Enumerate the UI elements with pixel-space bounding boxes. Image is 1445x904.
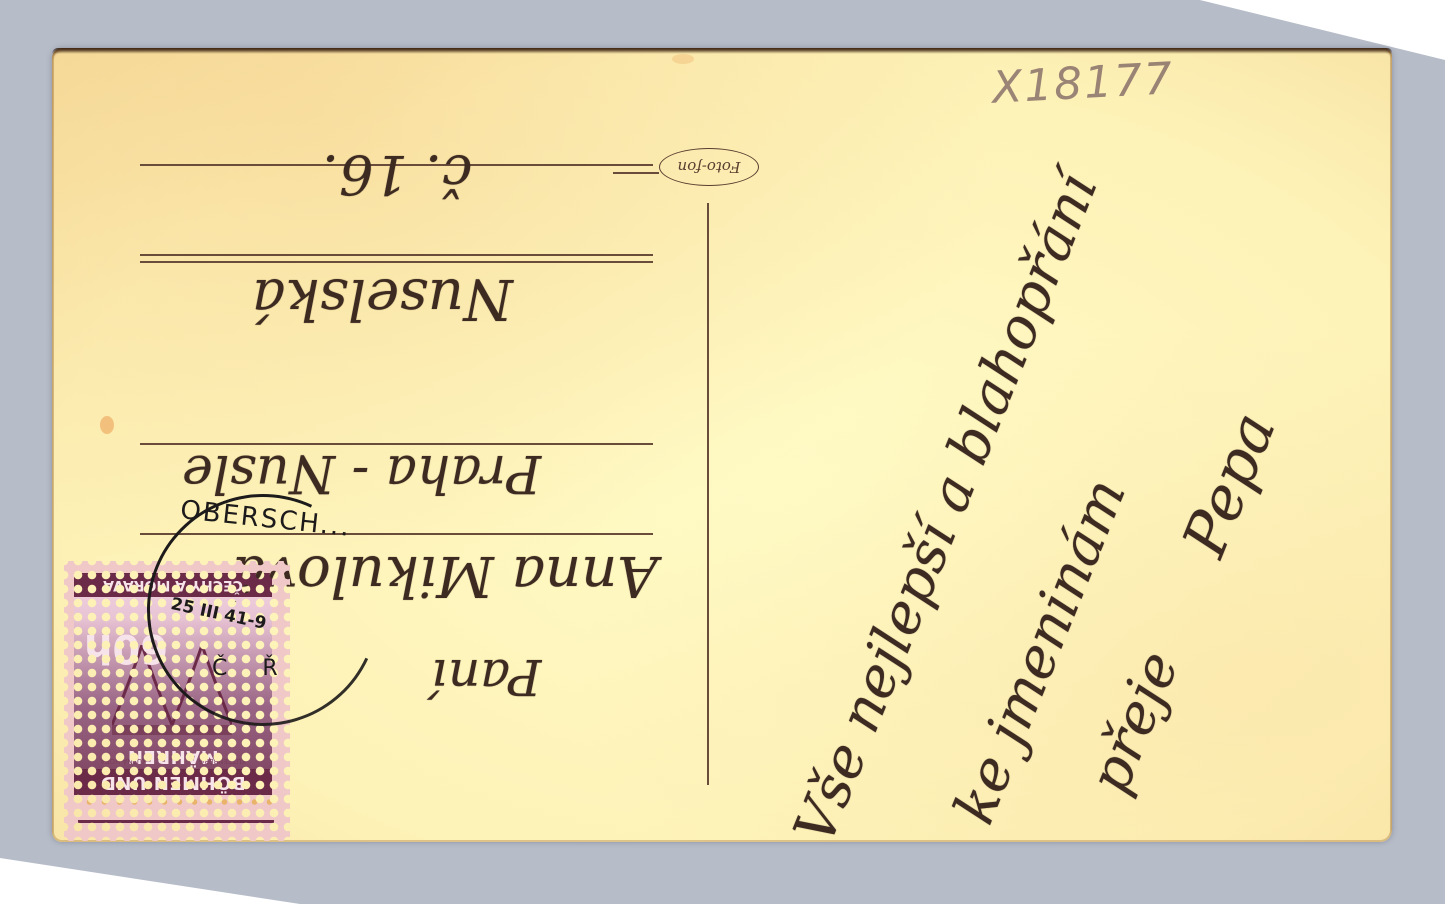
stamp-margin-dots bbox=[82, 799, 272, 805]
foxing-stain bbox=[100, 416, 114, 434]
address-salutation: Paní bbox=[432, 648, 541, 706]
foxing-stain bbox=[672, 54, 694, 64]
publisher-logo: Foto-fon bbox=[659, 148, 759, 186]
address-street: Nuselská bbox=[252, 266, 513, 331]
address-house-number: č. 16. bbox=[322, 143, 472, 206]
signature: Pepa bbox=[1170, 403, 1290, 566]
postmark-bottom-text: Č Ř bbox=[212, 656, 292, 681]
postcard-back: X18177 Foto-fon č. 16. Nuselská Praha - … bbox=[52, 48, 1392, 842]
stamp-margin-rule bbox=[78, 820, 274, 823]
stamp-caption: KUTTENBERG KUTNÁ HORA bbox=[74, 757, 272, 765]
address-city: Praha - Nusle bbox=[182, 443, 541, 503]
stamp-caption-left: KUTTENBERG bbox=[199, 757, 246, 765]
address-line-2b bbox=[140, 261, 653, 263]
scan-scene: X18177 Foto-fon č. 16. Nuselská Praha - … bbox=[0, 0, 1445, 904]
message-line-1: Vše nejlepší a blahopřání bbox=[782, 164, 1111, 852]
stamp-caption-right: KUTNÁ HORA bbox=[100, 757, 146, 765]
address-line-2a bbox=[140, 254, 653, 256]
card-top-edge bbox=[52, 48, 1392, 54]
archive-number: X18177 bbox=[991, 53, 1176, 113]
address-message-divider bbox=[707, 203, 709, 785]
stamp-country-top: BÖHMEN UND MÄHREN bbox=[74, 769, 272, 795]
message-line-3: přeje bbox=[1077, 643, 1192, 803]
logo-rule bbox=[613, 172, 659, 174]
